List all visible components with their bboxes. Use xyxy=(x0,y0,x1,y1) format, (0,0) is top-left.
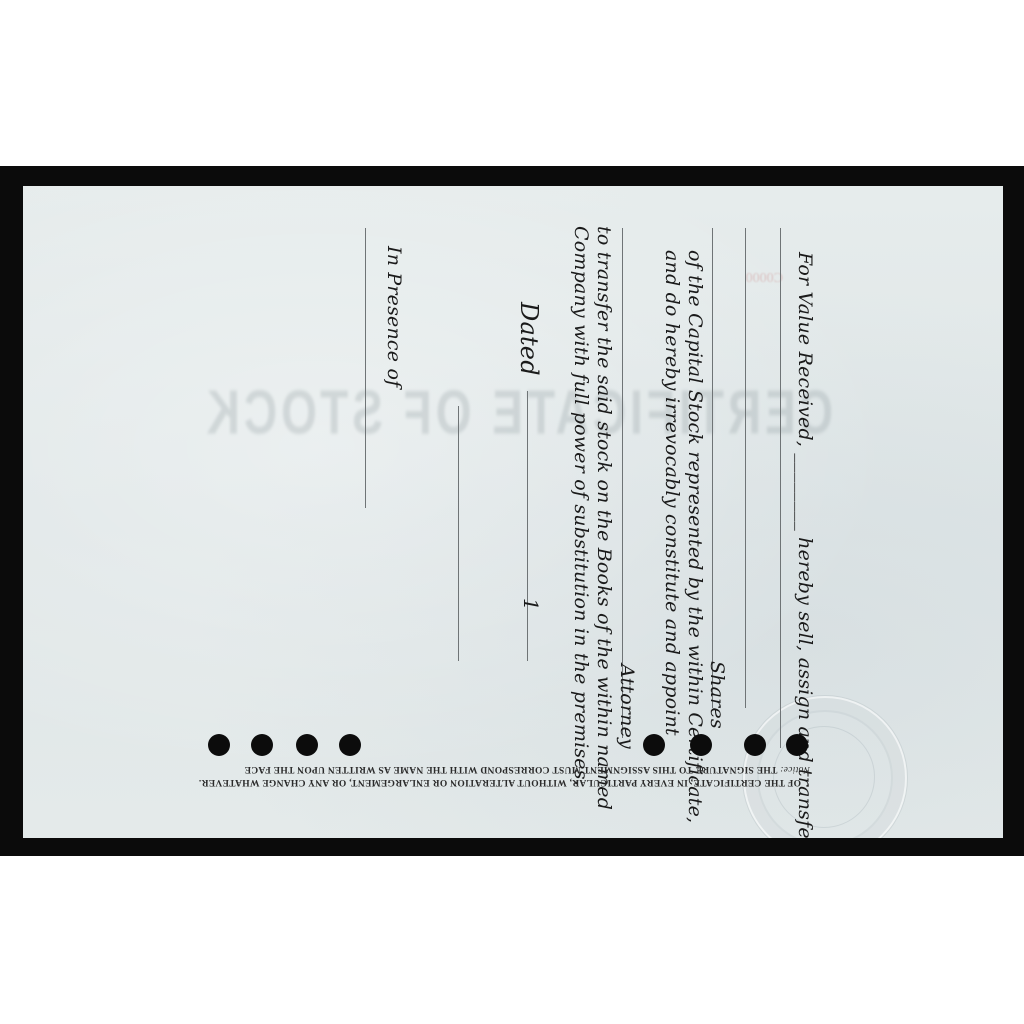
witness-label: In Presence of xyxy=(383,246,405,387)
assignment-line-4: to transfer the said stock on the Books … xyxy=(593,226,615,810)
punch-hole xyxy=(208,734,230,756)
shares-line xyxy=(712,228,713,708)
witness-line-2 xyxy=(458,406,459,661)
punch-hole xyxy=(744,734,766,756)
dated-line xyxy=(527,391,528,661)
notice-text-1: THE SIGNATURE TO THIS ASSIGNMENT MUST CO… xyxy=(244,764,777,774)
notice-line-1: Notice: THE SIGNATURE TO THIS ASSIGNMENT… xyxy=(244,764,810,774)
assignment-line-3: and do hereby irrevocably constitute and… xyxy=(661,250,683,736)
dated-mark: 1 xyxy=(519,598,543,611)
notice-lead: Notice: xyxy=(780,764,810,774)
punch-hole xyxy=(690,734,712,756)
notice-text-2: OF THE CERTIFICATE, IN EVERY PARTICULAR,… xyxy=(199,777,801,787)
assignee-line xyxy=(780,228,781,748)
certificate-paper: CERTIFICATE OF STOCK C0000 For Value Rec… xyxy=(23,186,1003,838)
bleed-through-number: C0000 xyxy=(723,271,783,289)
attorney-label: Attorney xyxy=(616,664,638,749)
punch-hole xyxy=(296,734,318,756)
bleed-through-title: CERTIFICATE OF STOCK xyxy=(113,376,833,457)
notice-line-2: OF THE CERTIFICATE, IN EVERY PARTICULAR,… xyxy=(199,777,801,787)
punch-hole xyxy=(786,734,808,756)
capital-line xyxy=(745,228,746,708)
attorney-line xyxy=(622,228,623,738)
punch-hole xyxy=(339,734,361,756)
punch-hole xyxy=(251,734,273,756)
punch-hole xyxy=(643,734,665,756)
dated-label: Dated xyxy=(515,302,543,376)
witness-line-1 xyxy=(365,228,366,508)
assignment-line-5: Company with full power of substitution … xyxy=(570,226,592,786)
shares-label: Shares xyxy=(706,661,728,729)
